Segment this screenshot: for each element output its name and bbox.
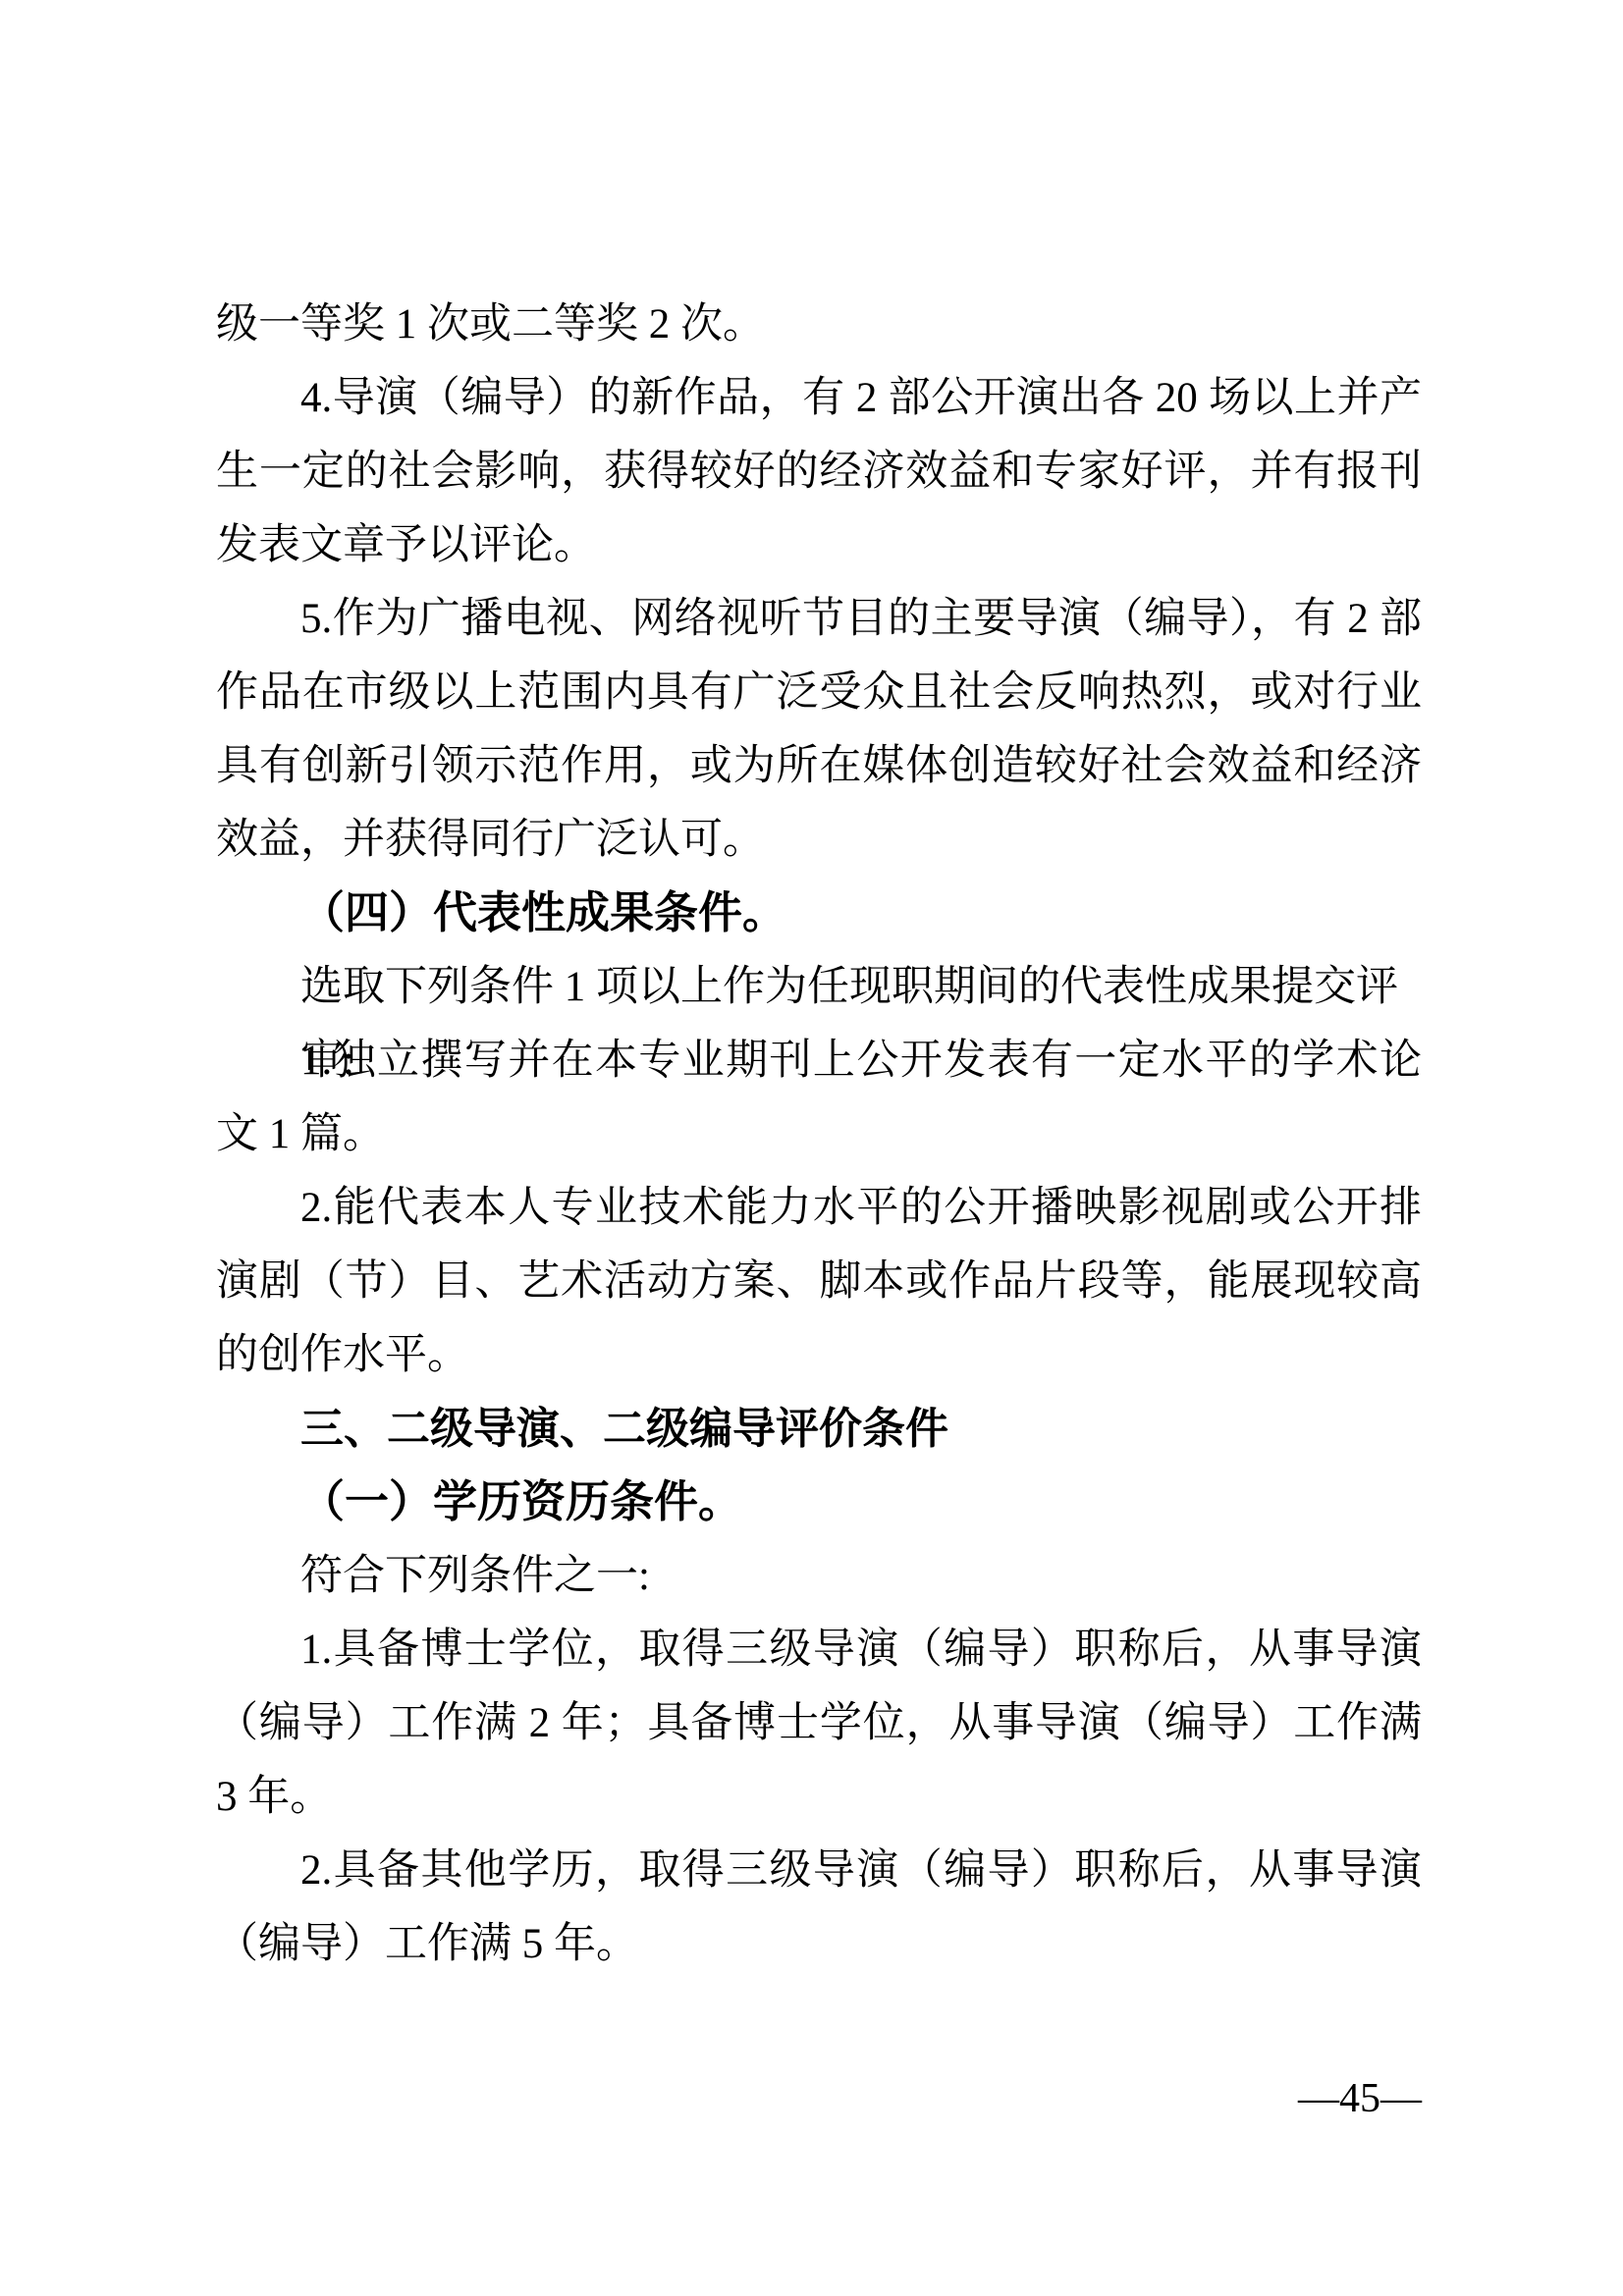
body-line: （编导）工作满 5 年。 bbox=[216, 1907, 1422, 1981]
page-number: —45— bbox=[1298, 2073, 1422, 2124]
body-line: 具有创新引领示范作用，或为所在媒体创造较好社会效益和经济 bbox=[216, 729, 1422, 803]
body-line: 的创作水平。 bbox=[216, 1318, 1422, 1392]
body-line: 1.具备博士学位，取得三级导演（编导）职称后，从事导演 bbox=[216, 1613, 1422, 1686]
body-line: 2.能代表本人专业技术能力水平的公开播映影视剧或公开排 bbox=[216, 1171, 1422, 1245]
body-line: 5.作为广播电视、网络视听节目的主要导演（编导），有 2 部 bbox=[216, 582, 1422, 656]
document-page: 级一等奖 1 次或二等奖 2 次。 4.导演（编导）的新作品，有 2 部公开演出… bbox=[0, 0, 1623, 2296]
body-line: 效益，并获得同行广泛认可。 bbox=[216, 803, 1422, 877]
body-line: 2.具备其他学历，取得三级导演（编导）职称后，从事导演 bbox=[216, 1834, 1422, 1907]
body-line: 3 年。 bbox=[216, 1760, 1422, 1834]
body-line: 演剧（节）目、艺术活动方案、脚本或作品片段等，能展现较高 bbox=[216, 1245, 1422, 1318]
section-heading-education-seniority: （一）学历资历条件。 bbox=[216, 1466, 1422, 1539]
body-line: 文 1 篇。 bbox=[216, 1097, 1422, 1171]
chapter-heading-level2-director: 三、二级导演、二级编导评价条件 bbox=[216, 1392, 1422, 1466]
body-line: （编导）工作满 2 年；具备博士学位，从事导演（编导）工作满 bbox=[216, 1686, 1422, 1760]
body-line: 发表文章予以评论。 bbox=[216, 508, 1422, 582]
body-line: 生一定的社会影响，获得较好的经济效益和专家好评，并有报刊 bbox=[216, 435, 1422, 508]
body-line: 1.独立撰写并在本专业期刊上公开发表有一定水平的学术论 bbox=[216, 1024, 1422, 1097]
body-line: 选取下列条件 1 项以上作为任现职期间的代表性成果提交评审: bbox=[216, 950, 1422, 1024]
body-line: 级一等奖 1 次或二等奖 2 次。 bbox=[216, 288, 1422, 361]
section-heading-representative-achievements: （四）代表性成果条件。 bbox=[216, 877, 1422, 950]
document-body: 级一等奖 1 次或二等奖 2 次。 4.导演（编导）的新作品，有 2 部公开演出… bbox=[216, 288, 1422, 1981]
body-line: 符合下列条件之一: bbox=[216, 1539, 1422, 1613]
body-line: 4.导演（编导）的新作品，有 2 部公开演出各 20 场以上并产 bbox=[216, 361, 1422, 435]
body-line: 作品在市级以上范围内具有广泛受众且社会反响热烈，或对行业 bbox=[216, 656, 1422, 729]
